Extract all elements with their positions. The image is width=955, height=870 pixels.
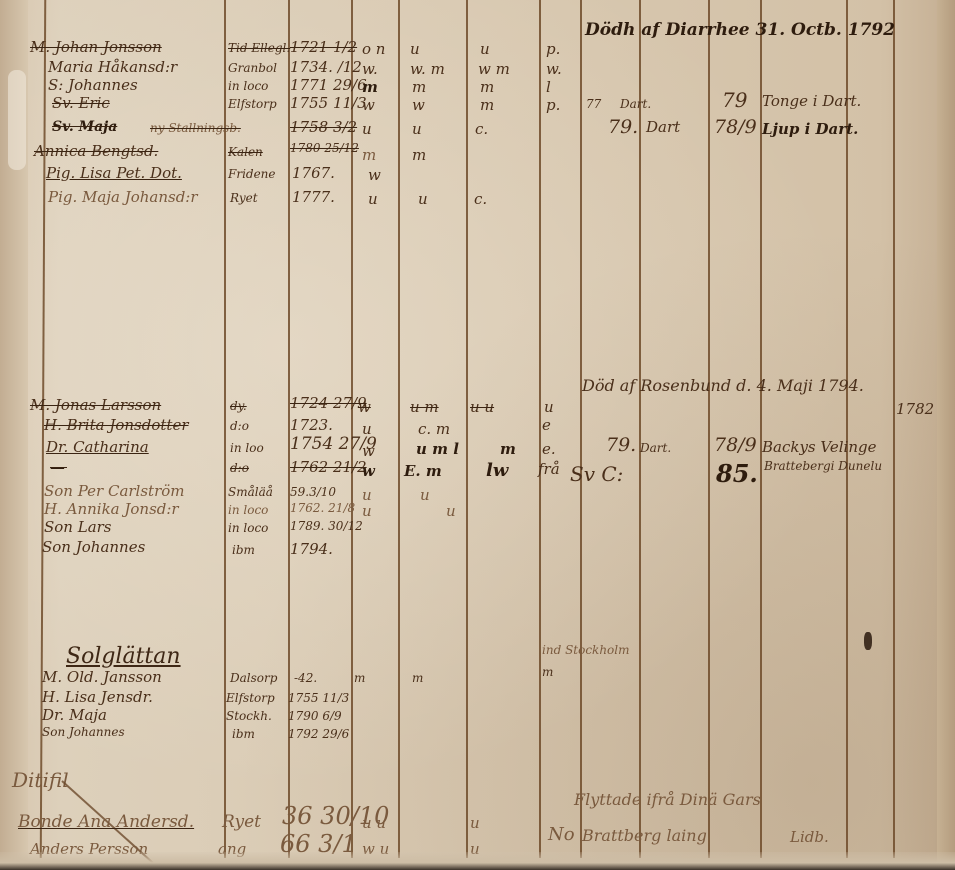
entry-mark: u: [470, 816, 480, 831]
entry-mark: w: [368, 168, 381, 183]
entry-mark: u m: [410, 400, 439, 415]
entry-place: ibm: [232, 728, 255, 740]
ink-blot: [864, 632, 872, 650]
entry-mark: p.: [546, 98, 560, 113]
entry-mark: m: [412, 80, 426, 95]
entry-born: 1758 3/2: [290, 120, 357, 135]
entry-place: ibm: [232, 544, 255, 556]
note-year: 85.: [716, 462, 758, 486]
book-binding: [937, 0, 955, 870]
entry-name: M. Old. Jansson: [42, 670, 162, 685]
entry-mark: e.: [542, 442, 556, 457]
entry-mark: e: [542, 418, 551, 433]
register-page: M. Johan Jonsson Tid Ellegl. 1721 1/2 o …: [0, 0, 955, 870]
entry-born: 1755 11/3: [290, 96, 367, 111]
note-year: 79.: [606, 436, 636, 455]
entry-name: Pig. Maja Johansd:r: [48, 190, 198, 205]
entry-born: 1723.: [290, 418, 333, 433]
entry-born: 1789. 30/12: [290, 520, 363, 532]
entry-place: Ryet: [222, 814, 261, 831]
entry-place: d:o: [230, 420, 249, 432]
entry-name: Dr. Catharina: [46, 440, 149, 455]
entry-born: 1771 29/6: [290, 78, 367, 93]
entry-name: S: Johannes: [48, 78, 138, 93]
entry-place: Stockh.: [226, 710, 272, 722]
death-note: Dödh af Diarrhee 31. Octb. 1792: [585, 22, 895, 39]
column-rule: [398, 0, 400, 858]
entry-mark: u: [480, 42, 490, 57]
entry-mark: Sv C:: [570, 464, 623, 484]
entry-name: Son Johannes: [42, 540, 145, 555]
page-bottom-edge: [0, 852, 955, 870]
note-place: Dart.: [640, 442, 671, 454]
entry-mark: u: [410, 42, 420, 57]
entry-mark: m: [542, 666, 553, 678]
column-rule: [539, 0, 541, 858]
entry-mark: w: [362, 98, 375, 113]
note-destination: Backys Velinge: [762, 440, 876, 455]
entry-mark: m: [362, 148, 376, 163]
entry-mark: m: [480, 98, 494, 113]
entry-name: H. Lisa Jensdr.: [42, 690, 153, 705]
entry-name: Son Lars: [44, 520, 112, 535]
entry-place: Småläå: [228, 486, 273, 498]
entry-mark: w m: [478, 62, 510, 77]
entry-mark: c.: [474, 192, 487, 207]
entry-mark: p.: [546, 42, 560, 57]
entry-name: Dr. Maja: [42, 708, 107, 723]
note-place: Brattberg laing: [582, 828, 707, 844]
entry-mark: frå: [538, 462, 560, 477]
entry-born: 1777.: [292, 190, 335, 205]
entry-mark: m: [500, 442, 516, 457]
note-year: 79.: [608, 118, 638, 137]
entry-place: d:o: [230, 462, 249, 474]
entry-place: in loco: [228, 80, 268, 92]
entry-mark: w: [412, 98, 425, 113]
entry-born: 1734. /12: [290, 60, 362, 75]
entry-born: 1794.: [290, 542, 333, 557]
entry-born: 1780 25/12: [290, 142, 359, 154]
entry-place: Elfstorp: [226, 692, 275, 704]
entry-name: Bonde Ana Andersd.: [18, 814, 194, 831]
column-rule: [639, 0, 641, 858]
column-rule: [708, 0, 710, 858]
entry-mark: u: [362, 504, 372, 519]
note-year: 77: [586, 98, 601, 110]
column-rule: [893, 0, 895, 858]
entry-mark: m: [354, 672, 365, 684]
entry-mark: u m l: [416, 442, 459, 457]
entry-born: 1762. 21/8: [290, 502, 355, 514]
entry-place: in loco: [228, 522, 268, 534]
entry-name: Pig. Lisa Pet. Dot.: [46, 166, 182, 181]
entry-place: ny Stallningsb.: [150, 122, 241, 134]
entry-mark: u: [368, 192, 378, 207]
entry-born: 1790 6/9: [288, 710, 342, 722]
entry-mark: w.: [546, 62, 562, 77]
entry-mark: E. m: [404, 464, 442, 479]
entry-mark: lw: [486, 462, 508, 480]
entry-name: Maria Håkansd:r: [48, 60, 177, 75]
entry-mark: c. m: [418, 422, 450, 437]
entry-name: Son Johannes: [42, 726, 125, 738]
move-note: Flyttade ifrå Dinä Gars: [574, 792, 761, 808]
entry-mark: u: [412, 122, 422, 137]
entry-mark: c.: [475, 122, 488, 137]
entry-born: 1724 27/9: [290, 396, 367, 411]
entry-born: 1755 11/3: [288, 692, 349, 704]
section-header: Ditifil: [12, 770, 69, 790]
note-abbrev: Lidb.: [790, 830, 829, 845]
note-place: Dart.: [620, 98, 651, 110]
note-year: 79: [722, 90, 747, 110]
entry-place: in loo: [230, 442, 264, 454]
entry-mark: m: [362, 80, 378, 95]
note-number: No: [548, 826, 575, 844]
entry-name: Sv. Eric: [52, 96, 110, 111]
entry-name: M. Jonas Larsson: [30, 398, 161, 413]
entry-mark: u: [446, 504, 456, 519]
note-date: 78/9: [714, 118, 757, 137]
entry-name: M. Johan Jonsson: [30, 40, 162, 55]
entry-name: H. Brita Jonsdotter: [44, 418, 189, 433]
entry-mark: m: [480, 80, 494, 95]
move-note: ind Stockholm: [542, 644, 630, 656]
entry-place: Granbol: [228, 62, 277, 74]
entry-place: Ryet: [230, 192, 258, 204]
entry-born: 1767.: [292, 166, 335, 181]
note-destination: Tonge i Dart.: [762, 94, 861, 109]
entry-born: 1762 21/2: [290, 460, 367, 475]
entry-name: —: [50, 460, 67, 475]
note-place: Dart: [646, 120, 680, 135]
note-destination: Brattebergi Dunelu: [764, 460, 882, 472]
entry-name: H. Annika Jonsd:r: [44, 502, 179, 517]
entry-place: Fridene: [228, 168, 276, 180]
column-rule: [466, 0, 468, 858]
entry-mark: w: [362, 444, 375, 459]
entry-mark: w. m: [410, 62, 445, 77]
note-date: 78/9: [714, 436, 757, 455]
entry-mark: m: [412, 148, 426, 163]
entry-mark: w: [362, 464, 375, 479]
entry-name: Annica Bengtsd.: [34, 144, 158, 159]
entry-place: in loco: [228, 504, 268, 516]
entry-place: Kalen: [228, 146, 263, 158]
death-note: Död af Rosenbund d. 4. Maji 1794.: [582, 378, 864, 394]
entry-mark: u: [362, 488, 372, 503]
entry-born: 59.3/10: [290, 486, 336, 498]
entry-place: dy.: [230, 400, 247, 412]
entry-mark: u: [362, 122, 372, 137]
entry-place: Elfstorp: [228, 98, 277, 110]
entry-name: Sv. Maja: [52, 120, 117, 134]
entry-mark: w: [358, 400, 371, 415]
entry-mark: w.: [362, 62, 378, 77]
entry-mark: u: [544, 400, 554, 415]
entry-mark: u u: [470, 400, 494, 415]
entry-name: Son Per Carlström: [44, 484, 185, 499]
column-rule: [580, 0, 582, 858]
entry-mark: u u: [362, 816, 386, 831]
entry-born: 1792 29/6: [288, 728, 349, 740]
entry-born: 1721 1/2: [290, 40, 357, 55]
entry-mark: l: [546, 80, 551, 95]
margin-year: 1782: [896, 402, 934, 417]
note-destination: Ljup i Dart.: [762, 122, 858, 137]
entry-mark: u: [420, 488, 430, 503]
entry-born: -42.: [294, 672, 317, 684]
entry-mark: u: [418, 192, 428, 207]
entry-mark: m: [412, 672, 423, 684]
entry-place: Tid Ellegl.: [228, 42, 290, 54]
section-header: Solglättan: [66, 646, 181, 668]
entry-place: Dalsorp: [230, 672, 277, 684]
entry-mark: o n: [362, 42, 385, 57]
water-stain: [8, 70, 26, 170]
